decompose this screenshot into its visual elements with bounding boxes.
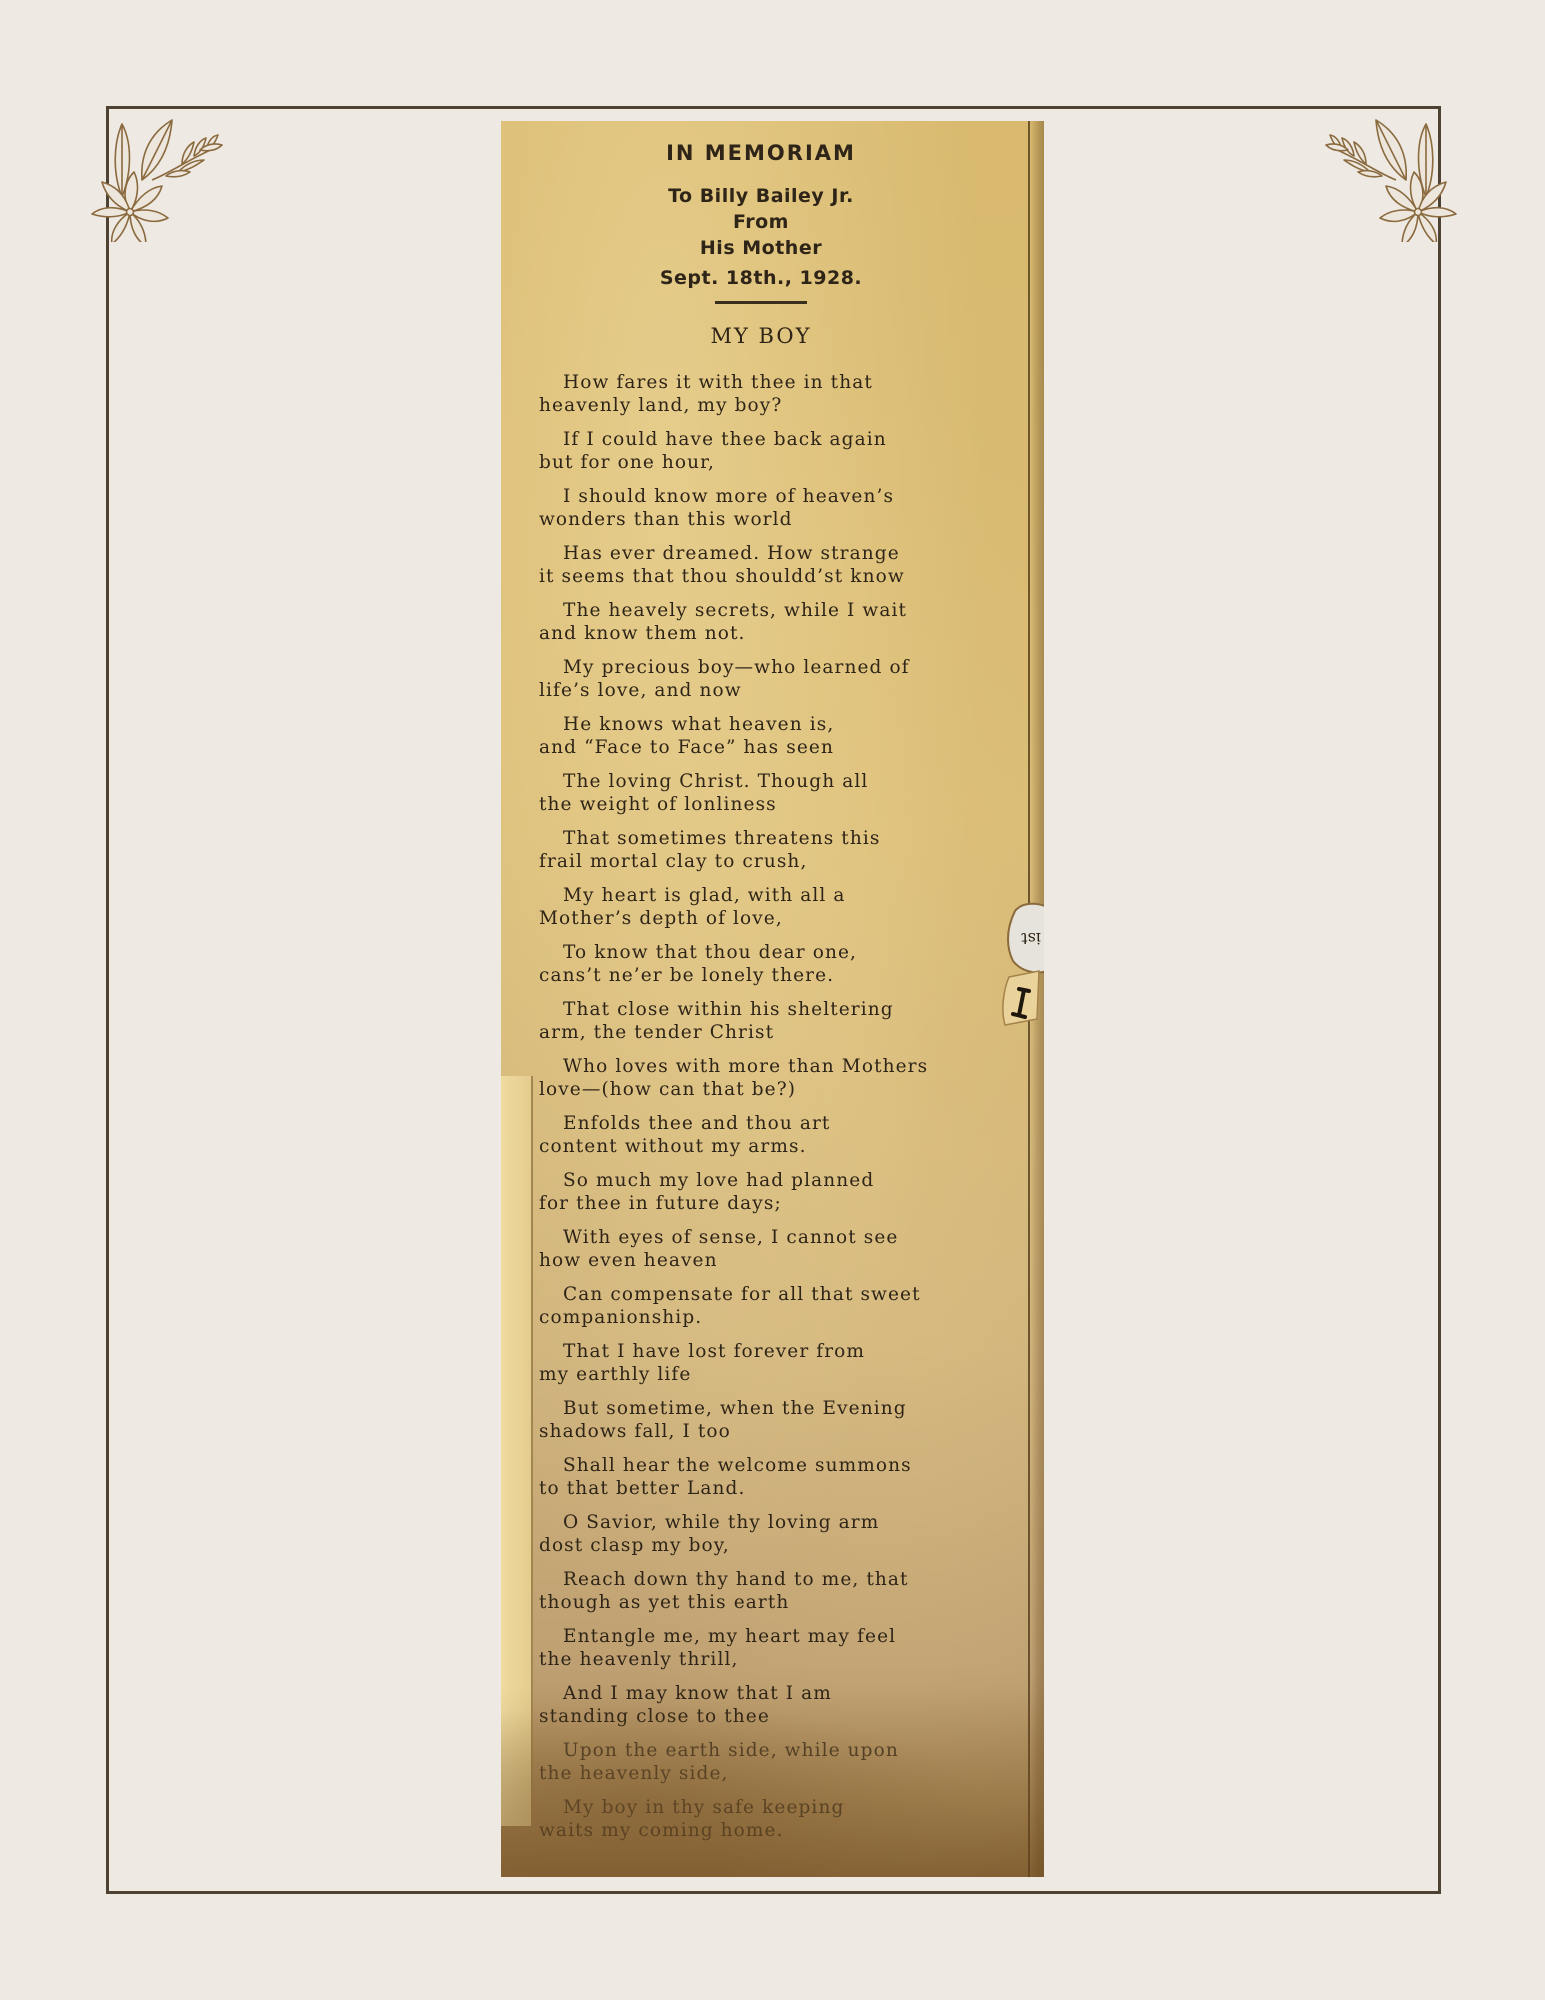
newspaper-clipping: ist IN MEMORIAM To Billy Bailey Jr. From… — [501, 121, 1044, 1877]
stanza-second-line: companionship. — [539, 1307, 1009, 1329]
stanza-second-line: though as yet this earth — [539, 1592, 1009, 1614]
stanza-first-line: Shall hear the welcome summons — [539, 1454, 1009, 1478]
stanza-second-line: and “Face to Face” has seen — [539, 737, 1009, 759]
poem-stanza: But sometime, when the Eveningshadows fa… — [539, 1397, 1009, 1454]
stanza-second-line: wonders than this world — [539, 509, 1009, 531]
memoriam-header: IN MEMORIAM To Billy Bailey Jr. From His… — [501, 141, 1021, 348]
stanza-second-line: my earthly life — [539, 1364, 1009, 1386]
poem-stanza: Entangle me, my heart may feelthe heaven… — [539, 1625, 1009, 1682]
poem-stanza: And I may know that I amstanding close t… — [539, 1682, 1009, 1739]
poem-stanza: Shall hear the welcome summonsto that be… — [539, 1454, 1009, 1511]
stanza-second-line: arm, the tender Christ — [539, 1022, 1009, 1044]
heading: IN MEMORIAM — [501, 141, 1021, 165]
poem-stanza: The heavely secrets, while I waitand kno… — [539, 599, 1009, 656]
stanza-second-line: content without my arms. — [539, 1136, 1009, 1158]
stanza-second-line: heavenly land, my boy? — [539, 395, 1009, 417]
poem-stanza: O Savior, while thy loving armdost clasp… — [539, 1511, 1009, 1568]
dedication-to: To Billy Bailey Jr. — [501, 183, 1021, 209]
stanza-second-line: shadows fall, I too — [539, 1421, 1009, 1443]
poem-stanza: With eyes of sense, I cannot seehow even… — [539, 1226, 1009, 1283]
underlying-paper-edge — [501, 1076, 533, 1826]
stanza-second-line: but for one hour, — [539, 452, 1009, 474]
stanza-second-line: the heavenly thrill, — [539, 1649, 1009, 1671]
floral-corner-ornament-top-left — [82, 102, 232, 242]
poem-stanza: That sometimes threatens thisfrail morta… — [539, 827, 1009, 884]
poem-stanza: He knows what heaven is,and “Face to Fac… — [539, 713, 1009, 770]
stanza-first-line: My heart is glad, with all a — [539, 884, 1009, 908]
poem-stanza: If I could have thee back againbut for o… — [539, 428, 1009, 485]
stanza-second-line: dost clasp my boy, — [539, 1535, 1009, 1557]
divider-rule — [715, 301, 807, 304]
stanza-second-line: frail mortal clay to crush, — [539, 851, 1009, 873]
stanza-second-line: and know them not. — [539, 623, 1009, 645]
stanza-second-line: life’s love, and now — [539, 680, 1009, 702]
stanza-first-line: So much my love had planned — [539, 1169, 1009, 1193]
stanza-first-line: My precious boy—who learned of — [539, 656, 1009, 680]
poem-body: How fares it with thee in thatheavenly l… — [539, 371, 1009, 1853]
stanza-first-line: Who loves with more than Mothers — [539, 1055, 1009, 1079]
poem-stanza: Upon the earth side, while uponthe heave… — [539, 1739, 1009, 1796]
poem-title: MY BOY — [501, 324, 1021, 348]
poem-stanza: That close within his shelteringarm, the… — [539, 998, 1009, 1055]
stanza-first-line: Enfolds thee and thou art — [539, 1112, 1009, 1136]
svg-text:ist: ist — [1021, 929, 1041, 948]
stanza-first-line: Has ever dreamed. How strange — [539, 542, 1009, 566]
stanza-first-line: I should know more of heaven’s — [539, 485, 1009, 509]
stanza-second-line: how even heaven — [539, 1250, 1009, 1272]
stanza-first-line: How fares it with thee in that — [539, 371, 1009, 395]
poem-stanza: Has ever dreamed. How strangeit seems th… — [539, 542, 1009, 599]
stanza-first-line: Upon the earth side, while upon — [539, 1739, 1009, 1763]
stanza-first-line: That I have lost forever from — [539, 1340, 1009, 1364]
stanza-first-line: If I could have thee back again — [539, 428, 1009, 452]
poem-stanza: Reach down thy hand to me, thatthough as… — [539, 1568, 1009, 1625]
stanza-second-line: Mother’s depth of love, — [539, 908, 1009, 930]
poem-stanza: My precious boy—who learned oflife’s lov… — [539, 656, 1009, 713]
stanza-second-line: the heavenly side, — [539, 1763, 1009, 1785]
dedication-date: Sept. 18th., 1928. — [501, 265, 1021, 291]
stanza-second-line: cans’t ne’er be lonely there. — [539, 965, 1009, 987]
stanza-second-line: to that better Land. — [539, 1478, 1009, 1500]
poem-stanza: Enfolds thee and thou artcontent without… — [539, 1112, 1009, 1169]
stanza-first-line: That close within his sheltering — [539, 998, 1009, 1022]
stanza-first-line: My boy in thy safe keeping — [539, 1796, 1009, 1820]
poem-stanza: I should know more of heaven’swonders th… — [539, 485, 1009, 542]
poem-stanza: The loving Christ. Though allthe weight … — [539, 770, 1009, 827]
stanza-second-line: love—(how can that be?) — [539, 1079, 1009, 1101]
stanza-second-line: for thee in future days; — [539, 1193, 1009, 1215]
stanza-first-line: Can compensate for all that sweet — [539, 1283, 1009, 1307]
poem-stanza: Can compensate for all that sweetcompani… — [539, 1283, 1009, 1340]
stanza-first-line: He knows what heaven is, — [539, 713, 1009, 737]
stanza-first-line: The loving Christ. Though all — [539, 770, 1009, 794]
poem-stanza: How fares it with thee in thatheavenly l… — [539, 371, 1009, 428]
floral-corner-ornament-top-right — [1316, 102, 1466, 242]
poem-stanza: To know that thou dear one,cans’t ne’er … — [539, 941, 1009, 998]
stanza-second-line: it seems that thou shouldd’st know — [539, 566, 1009, 588]
poem-stanza: Who loves with more than Motherslove—(ho… — [539, 1055, 1009, 1112]
dedication-from: From — [501, 209, 1021, 235]
poem-stanza: My boy in thy safe keepingwaits my comin… — [539, 1796, 1009, 1853]
stanza-first-line: And I may know that I am — [539, 1682, 1009, 1706]
poem-stanza: That I have lost forever frommy earthly … — [539, 1340, 1009, 1397]
dedication-by: His Mother — [501, 235, 1021, 261]
stanza-first-line: That sometimes threatens this — [539, 827, 1009, 851]
stanza-first-line: Reach down thy hand to me, that — [539, 1568, 1009, 1592]
stanza-second-line: waits my coming home. — [539, 1820, 1009, 1842]
stanza-first-line: O Savior, while thy loving arm — [539, 1511, 1009, 1535]
stanza-first-line: Entangle me, my heart may feel — [539, 1625, 1009, 1649]
stanza-first-line: The heavely secrets, while I wait — [539, 599, 1009, 623]
stanza-first-line: With eyes of sense, I cannot see — [539, 1226, 1009, 1250]
poem-stanza: My heart is glad, with all aMother’s dep… — [539, 884, 1009, 941]
poem-stanza: So much my love had plannedfor thee in f… — [539, 1169, 1009, 1226]
stanza-first-line: But sometime, when the Evening — [539, 1397, 1009, 1421]
stanza-second-line: standing close to thee — [539, 1706, 1009, 1728]
stanza-second-line: the weight of lonliness — [539, 794, 1009, 816]
stanza-first-line: To know that thou dear one, — [539, 941, 1009, 965]
